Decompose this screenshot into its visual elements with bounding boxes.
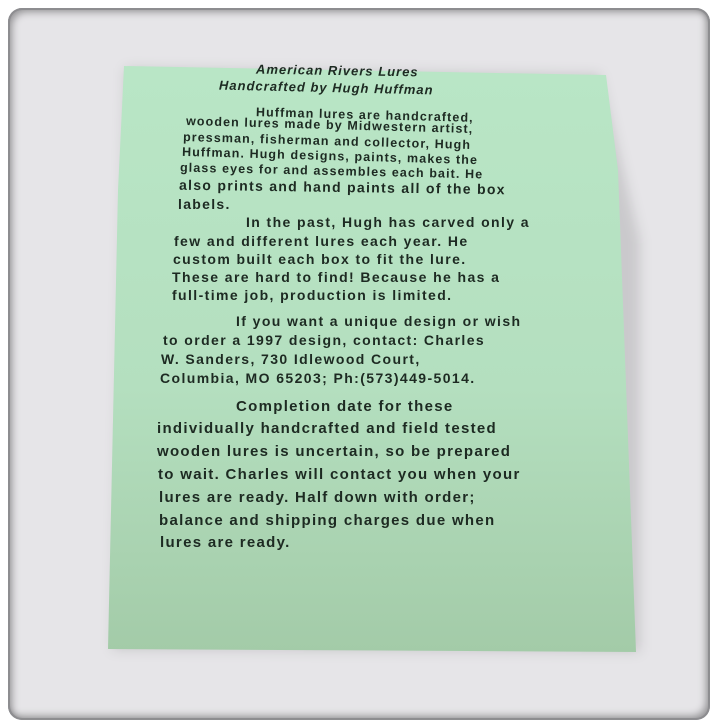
document-title: American Rivers Lures: [256, 62, 419, 80]
paragraph-3-line: to order a 1997 design, contact: Charles: [163, 332, 485, 348]
paragraph-3-line: W. Sanders, 730 Idlewood Court,: [161, 351, 421, 367]
paragraph-4-line: wooden lures is uncertain, so be prepare…: [157, 443, 511, 460]
paragraph-4-line: individually handcrafted and field teste…: [157, 420, 497, 437]
paragraph-3-line: Columbia, MO 65203; Ph:(573)449-5014.: [160, 370, 476, 386]
document-text: American Rivers Lures Handcrafted by Hug…: [0, 0, 718, 728]
paragraph-2-line: custom built each box to fit the lure.: [173, 251, 467, 267]
paragraph-2-line: few and different lures each year. He: [174, 233, 469, 249]
paragraph-4-line: lures are ready.: [160, 534, 291, 551]
document-subtitle: Handcrafted by Hugh Huffman: [219, 78, 434, 98]
paragraph-4-line: lures are ready. Half down with order;: [159, 489, 476, 506]
paragraph-2-line: These are hard to find! Because he has a: [172, 269, 500, 285]
paragraph-2-line: In the past, Hugh has carved only a: [246, 214, 530, 230]
paragraph-4-line: Completion date for these: [236, 398, 454, 415]
paragraph-2-line: full-time job, production is limited.: [172, 287, 452, 303]
paragraph-1-line: also prints and hand paints all of the b…: [179, 177, 506, 198]
paragraph-4-line: to wait. Charles will contact you when y…: [158, 466, 521, 483]
paragraph-4-line: balance and shipping charges due when: [159, 512, 496, 529]
paragraph-1-line: labels.: [178, 196, 231, 212]
paragraph-3-line: If you want a unique design or wish: [236, 313, 521, 329]
